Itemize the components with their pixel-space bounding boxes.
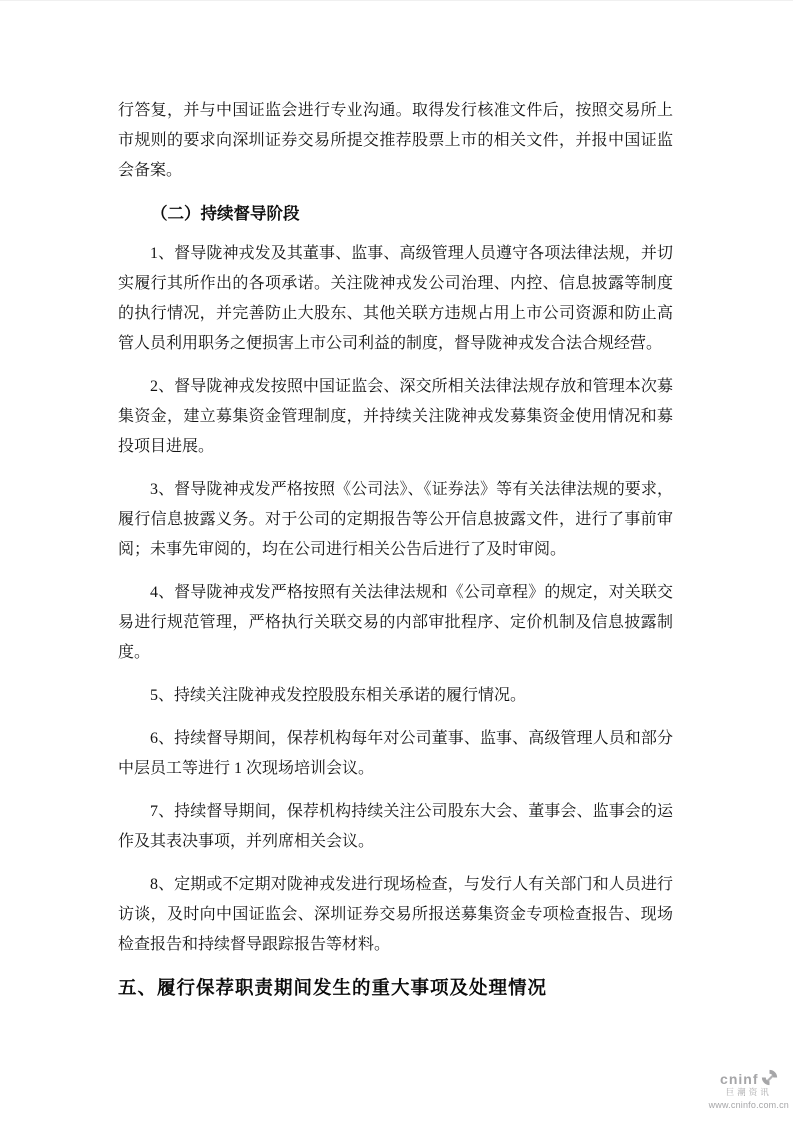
supervision-item-5: 5、持续关注陇神戎发控股股东相关承诺的履行情况。 [118,681,673,711]
cninfo-brand-text: cninf [720,1071,758,1087]
supervision-item-8: 8、定期或不定期对陇神戎发进行现场检查，与发行人有关部门和人员进行访谈，及时向中… [118,870,673,960]
supervision-item-7: 7、持续督导期间，保荐机构持续关注公司股东大会、董事会、监事会的运作及其表决事项… [118,797,673,857]
section-heading-major-events: 五、履行保荐职责期间发生的重大事项及处理情况 [118,973,673,1003]
cninfo-url-text: www.cninfo.com.cn [709,1100,789,1110]
supervision-item-1: 1、督导陇神戎发及其董事、监事、高级管理人员遵守各项法律法规，并切实履行其所作出… [118,239,673,359]
supervision-item-3: 3、督导陇神戎发严格按照《公司法》、《证券法》等有关法律法规的要求，履行信息披露… [118,475,673,565]
cninfo-chinese-name: 巨潮资讯 [709,1088,789,1098]
supervision-item-2: 2、督导陇神戎发按照中国证监会、深交所相关法律法规存放和管理本次募集资金，建立募… [118,372,673,462]
cninfo-watermark: cninf 巨潮资讯 www.cninfo.com.cn [709,1071,789,1110]
cninfo-swirl-icon [761,1069,778,1086]
supervision-item-4: 4、督导陇神戎发严格按照有关法律法规和《公司章程》的规定，对关联交易进行规范管理… [118,578,673,668]
supervision-item-6: 6、持续督导期间，保荐机构每年对公司董事、监事、高级管理人员和部分中层员工等进行… [118,724,673,784]
intro-paragraph: 行答复，并与中国证监会进行专业沟通。取得发行核准文件后，按照交易所上市规则的要求… [118,96,673,186]
document-page: 行答复，并与中国证监会进行专业沟通。取得发行核准文件后，按照交易所上市规则的要求… [0,0,793,1122]
section-heading-continuous-supervision: （二）持续督导阶段 [118,199,673,229]
